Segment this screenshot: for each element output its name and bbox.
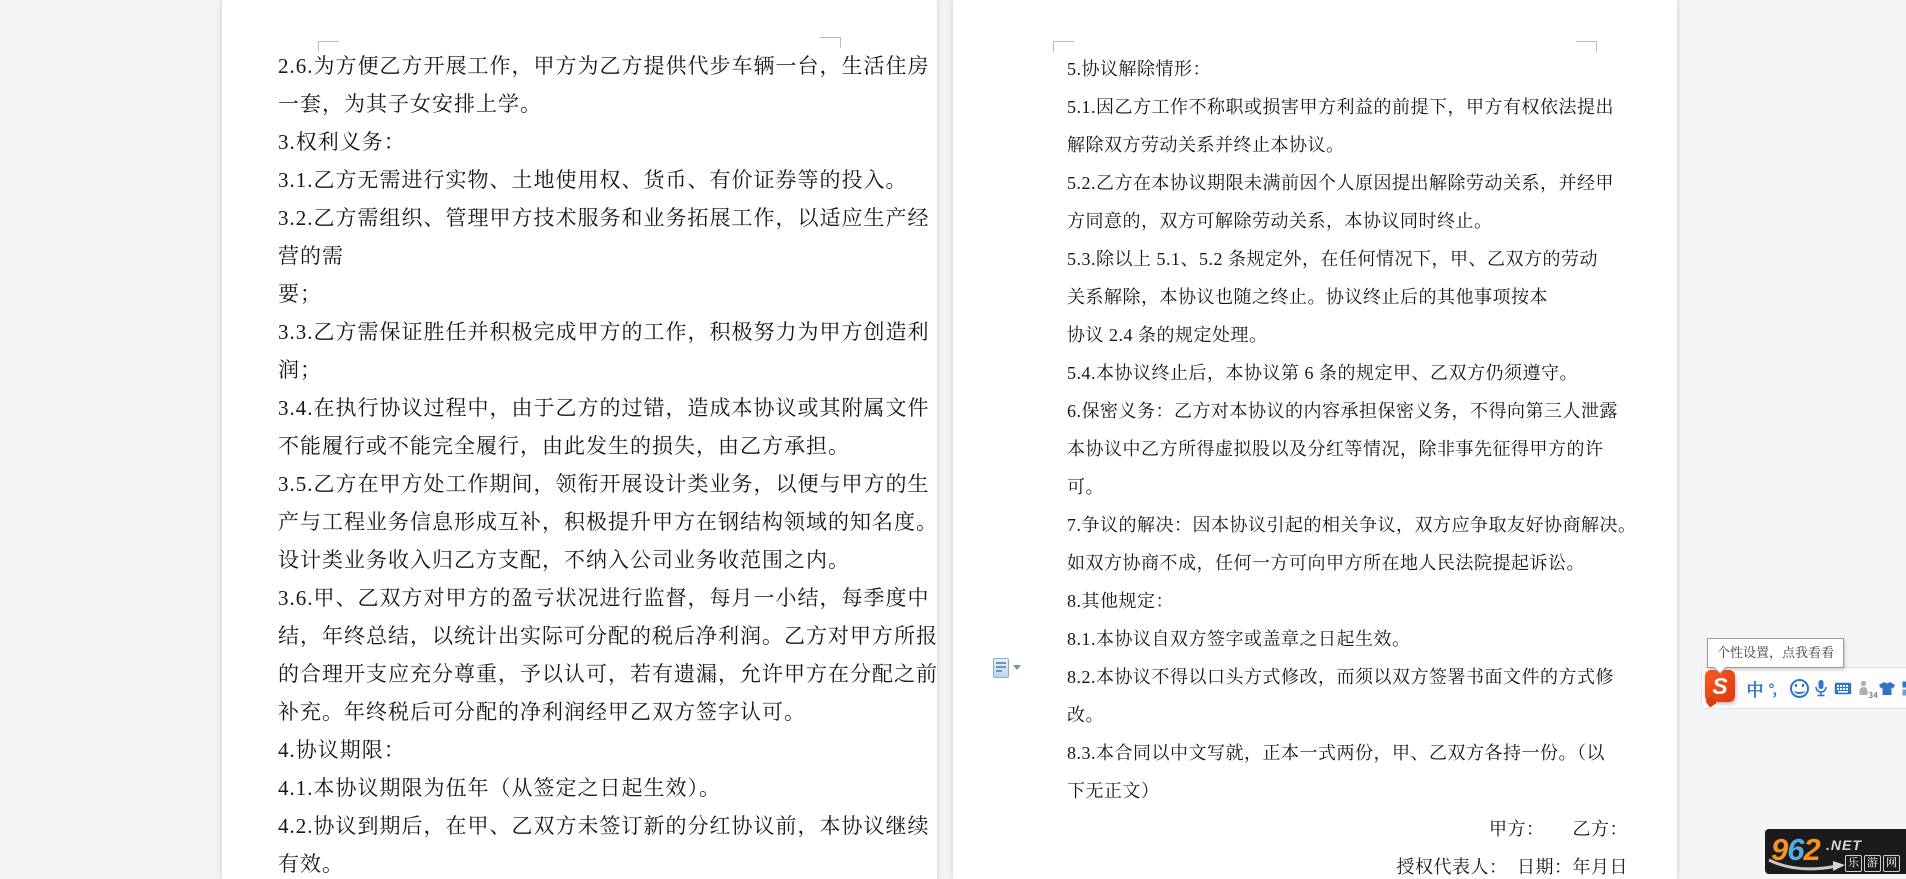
doc-closing-line: 授权代表人： 日期：年月日 (1067, 848, 1628, 879)
sogou-logo-icon[interactable]: S (1705, 670, 1735, 702)
autocorrect-options-button[interactable] (993, 657, 1023, 679)
ime-settings-tooltip[interactable]: 个性设置，点我看看 (1707, 638, 1844, 668)
doc-line: 下无正文） (1067, 772, 1628, 810)
watermark-site-name: 乐游网 (1845, 855, 1900, 872)
doc-line: 8.1.本协议自双方签字或盖章之日起生效。 (1067, 620, 1628, 658)
doc-line: 有效。 (278, 845, 935, 879)
doc-line: 解除双方劳动关系并终止本协议。 (1067, 126, 1628, 164)
doc-closing-line: 甲方： 乙方： (1067, 810, 1628, 848)
doc-line: 3.权利义务： (278, 123, 935, 161)
doc-line: 3.3.乙方需保证胜任并积极完成甲方的工作，积极努力为甲方创造利 (278, 313, 935, 351)
doc-line: 的合理开支应充分尊重，予以认可，若有遗漏，允许甲方在分配之前 (278, 655, 935, 693)
doc-line: 方同意的，双方可解除劳动关系，本协议同时终止。 (1067, 202, 1628, 240)
doc-line: 8.其他规定： (1067, 582, 1628, 620)
virtual-keyboard-icon[interactable] (1832, 676, 1854, 700)
doc-line: 8.3.本合同以中文写就，正本一式两份，甲、乙双方各持一份。（以 (1067, 734, 1628, 772)
doc-line: 设计类业务收入归乙方支配，不纳入公司业务收范围之内。 (278, 541, 935, 579)
chevron-down-icon (1013, 665, 1021, 670)
left-page-lines: 2.6.为方便乙方开展工作，甲方为乙方提供代步车辆一台，生活住房一套，为其子女安… (278, 47, 935, 879)
doc-line: 3.5.乙方在甲方处工作期间，领衔开展设计类业务，以便与甲方的生 (278, 465, 935, 503)
document-sheet-icon (993, 658, 1009, 678)
doc-line: 5.1.因乙方工作不称职或损害甲方利益的前提下，甲方有权依法提出 (1067, 88, 1628, 126)
document-page-left: 2.6.为方便乙方开展工作，甲方为乙方提供代步车辆一台，生活住房一套，为其子女安… (222, 0, 937, 879)
doc-line: 5.3.除以上 5.1、5.2 条规定外，在任何情况下，甲、乙双方的劳动 (1067, 240, 1628, 278)
doc-line: 要； (278, 275, 935, 313)
doc-line: 润； (278, 351, 935, 389)
doc-line: 补充。年终税后可分配的净利润经甲乙双方签字认可。 (278, 693, 935, 731)
doc-line: 6.保密义务：乙方对本协议的内容承担保密义务，不得向第三人泄露 (1067, 392, 1628, 430)
emoticon-icon[interactable] (1788, 676, 1810, 700)
doc-line: 5.协议解除情形： (1067, 50, 1628, 88)
skin-icon[interactable] (1876, 676, 1898, 700)
app-canvas: { "colors": { "background": "#f3f4f6", "… (0, 0, 1906, 879)
doc-line: 不能履行或不能完全履行，由此发生的损失，由乙方承担。 (278, 427, 935, 465)
doc-line: 关系解除，本协议也随之终止。协议终止后的其他事项按本 (1067, 278, 1628, 316)
doc-line: 5.4.本协议终止后，本协议第 6 条的规定甲、乙双方仍须遵守。 (1067, 354, 1628, 392)
doc-line: 本协议中乙方所得虚拟股以及分红等情况，除非事先征得甲方的许 (1067, 430, 1628, 468)
right-page-text: 5.协议解除情形：5.1.因乙方工作不称职或损害甲方利益的前提下，甲方有权依法提… (1067, 50, 1628, 879)
doc-line: 4.1.本协议期限为伍年（从签定之日起生效）。 (278, 769, 935, 807)
doc-line: 结，年终总结，以统计出实际可分配的税后净利润。乙方对甲方所报 (278, 617, 935, 655)
swoosh-arrow-icon (1767, 854, 1857, 874)
doc-line: 3.2.乙方需组织、管理甲方技术服务和业务拓展工作，以适应生产经 (278, 199, 935, 237)
chinese-mode-icon[interactable]: 中 (1744, 676, 1766, 700)
doc-line: 7.争议的解决：因本协议引起的相关争议，双方应争取友好协商解决。 (1067, 506, 1628, 544)
doc-line: 5.2.乙方在本协议期限未满前因个人原因提出解除劳动关系，并经甲 (1067, 164, 1628, 202)
doc-line: 如双方协商不成，任何一方可向甲方所在地人民法院提起诉讼。 (1067, 544, 1628, 582)
doc-line: 产与工程业务信息形成互补，积极提升甲方在钢结构领域的知名度。 (278, 503, 935, 541)
sogou-logo-letter: S (1712, 673, 1727, 700)
doc-line: 改。 (1067, 696, 1628, 734)
doc-line: 3.4.在执行协议过程中，由于乙方的过错，造成本协议或其附属文件 (278, 389, 935, 427)
watermark-suffix: .NET (1826, 837, 1862, 853)
toolbox-icon[interactable] (1898, 676, 1906, 700)
right-page-lines: 5.协议解除情形：5.1.因乙方工作不称职或损害甲方利益的前提下，甲方有权依法提… (1067, 50, 1628, 810)
punctuation-mode-icon[interactable]: °， (1766, 676, 1788, 700)
doc-line: 一套，为其子女安排上学。 (278, 85, 935, 123)
doc-line: 协议 2.4 条的规定处理。 (1067, 316, 1628, 354)
doc-line: 8.2.本协议不得以口头方式修改，而须以双方签署书面文件的方式修 (1067, 658, 1628, 696)
document-page-right: 5.协议解除情形：5.1.因乙方工作不称职或损害甲方利益的前提下，甲方有权依法提… (953, 0, 1677, 879)
doc-line: 3.1.乙方无需进行实物、土地使用权、货币、有价证券等的投入。 (278, 161, 935, 199)
doc-line: 3.6.甲、乙双方对甲方的盈亏状况进行监督，每月一小结，每季度中 (278, 579, 935, 617)
doc-line: 可。 (1067, 468, 1628, 506)
voice-input-icon[interactable] (1810, 676, 1832, 700)
doc-line: 2.6.为方便乙方开展工作，甲方为乙方提供代步车辆一台，生活住房 (278, 47, 935, 85)
doc-line: 4.协议期限： (278, 731, 935, 769)
dictionary-icon[interactable]: 34 (1854, 676, 1876, 700)
tooltip-text: 个性设置，点我看看 (1717, 645, 1834, 660)
doc-line: 4.2.协议到期后，在甲、乙双方未签订新的分红协议前，本协议继续 (278, 807, 935, 845)
left-page-text: 2.6.为方便乙方开展工作，甲方为乙方提供代步车辆一台，生活住房一套，为其子女安… (278, 47, 935, 879)
right-page-closing-lines: 甲方： 乙方：授权代表人： 日期：年月日 (1067, 810, 1628, 879)
doc-line: 营的需 (278, 237, 935, 275)
site-watermark: 962 .NET 乐游网 (1765, 829, 1906, 874)
